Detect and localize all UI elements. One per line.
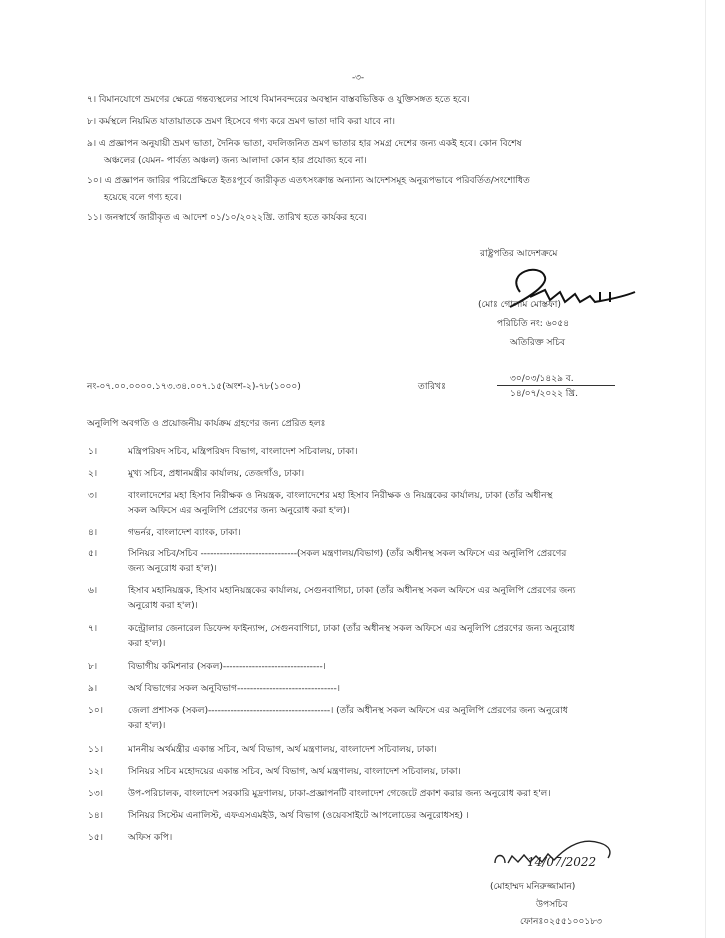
copy-number: ৮। — [88, 660, 97, 673]
signatory-name: (মোঃ গোলাম মোস্তফা) — [478, 298, 561, 311]
copy-recipient-line: অনুরোধ করা হ'ল)। — [128, 599, 198, 612]
paragraph-number: ১১। — [87, 212, 102, 223]
copy-recipient-line: সিনিয়র সচিব মহোদয়ের একান্ত সচিব, অর্থ … — [128, 765, 461, 778]
sender-designation: উপসচিব — [536, 898, 568, 911]
copy-number: ৪। — [88, 526, 97, 539]
date-gregorian: ১৪/০৭/২০২২ খ্রি. — [510, 387, 578, 400]
copy-recipient-line: সকল অফিসে এর অনুলিপি প্রেরণের জন্য অনুরো… — [128, 504, 349, 517]
copy-recipient-line: উপ-পরিচালক, বাংলাদেশ সরকারি মুদ্রণালয়, … — [128, 787, 550, 800]
paragraph-line: ৭। বিমানযোগে ভ্রমণের ক্ষেত্রে গন্তব্যস্থ… — [87, 93, 470, 106]
paragraph-text: বিমানযোগে ভ্রমণের ক্ষেত্রে গন্তব্যস্থলের… — [99, 94, 470, 105]
copy-number: ৯। — [88, 682, 97, 695]
signatory-id: পরিচিতি নং: ৬০৫৪ — [497, 317, 569, 330]
sender-phone: ফোনঃ০২৫৫১০০১৮৩ — [520, 915, 602, 928]
date-label: তারিখঃ — [418, 380, 446, 393]
copy-recipient-line: জেলা প্রশাসক (সকল)----------------------… — [128, 704, 568, 717]
copy-number: ১৫। — [88, 831, 103, 844]
paragraph-number: ৮। — [87, 116, 96, 127]
paragraph-number: ৯। — [87, 138, 96, 149]
copy-recipient-line: মাননীয় অর্থমন্ত্রীর একান্ত সচিব, অর্থ ব… — [128, 743, 437, 756]
copy-recipient-line: অর্থ বিভাগের সকল অনুবিভাগ---------------… — [128, 682, 340, 695]
copy-number: ১১। — [88, 743, 103, 756]
copy-number: ১৪। — [88, 809, 103, 822]
paragraph-text: এ প্রজ্ঞাপন জারির পরিপ্রেক্ষিতে ইতঃপূর্ব… — [105, 175, 530, 186]
copy-recipient-line: মন্ত্রিপরিষদ সচিব, মন্ত্রিপরিষদ বিভাগ, ব… — [128, 445, 357, 458]
paragraph-text: জনস্বার্থে জারীকৃত এ আদেশ ০১/১০/২০২২খ্রি… — [105, 212, 367, 223]
memo-number: নং-০৭.০০.০০০০.১৭৩.৩৪.০০৭.১৫(অংশ-২)-৭৮(১০… — [87, 380, 301, 393]
paragraph-number: ৭। — [87, 94, 96, 105]
copy-number: ২। — [88, 467, 97, 480]
paragraph-line: ৯। এ প্রজ্ঞাপন অনুযায়ী ভ্রমণ ভাতা, দৈনি… — [87, 137, 522, 150]
copy-number: ৬। — [88, 584, 97, 597]
date-divider — [497, 385, 615, 386]
paragraph-text: কর্মস্থলে নিয়মিত যাতায়াতকে ভ্রমণ হিসেব… — [99, 116, 395, 127]
copy-recipient-line: অফিস কপি। — [128, 831, 172, 844]
copy-recipient-line: মুখ্য সচিব, প্রধানমন্ত্রীর কার্যালয়, তে… — [128, 467, 304, 480]
copy-recipient-line: সিনিয়র সচিব/সচিব ----------------------… — [128, 547, 566, 560]
order-line: রাষ্ট্রপতির আদেশক্রমে — [480, 247, 557, 260]
copy-number: ১২। — [88, 765, 103, 778]
copy-number: ১৩। — [88, 787, 103, 800]
copy-recipient-line: করা হ'ল)। — [128, 637, 165, 650]
copy-recipient-line: হিসাব মহানিয়ন্ত্রক, হিসাব মহানিয়ন্ত্রক… — [128, 584, 575, 597]
copy-recipient-line: বিভাগীয় কমিশনার (সকল)------------------… — [128, 660, 326, 673]
paragraph-number: ১০। — [87, 175, 102, 186]
handwritten-date: 14/07/2022 — [527, 855, 596, 869]
paragraph-continuation: অঞ্চলের (যেমন- পার্বত্য অঞ্চল) জন্য আলাদ… — [104, 154, 366, 167]
paragraph-line: ১১। জনস্বার্থে জারীকৃত এ আদেশ ০১/১০/২০২২… — [87, 211, 367, 224]
page-edge-line — [705, 0, 706, 938]
copy-recipient-line: করা হ'ল)। — [128, 719, 165, 732]
paragraph-line: ৮। কর্মস্থলে নিয়মিত যাতায়াতকে ভ্রমণ হি… — [87, 115, 395, 128]
copy-number: ৫। — [88, 547, 97, 560]
copy-recipient-line: বাংলাদেশের মহা হিসাব নিরীক্ষক ও নিয়ন্ত্… — [128, 489, 552, 502]
copy-recipient-line: গভর্নর, বাংলাদেশ ব্যাংক, ঢাকা। — [128, 526, 240, 539]
copy-recipient-line: কন্ট্রোলার জেনারেল ডিফেন্স ফাইন্যান্স, স… — [128, 622, 574, 635]
copy-recipient-line: জন্য অনুরোধ করা হ'ল)। — [128, 562, 217, 575]
paragraph-line: ১০। এ প্রজ্ঞাপন জারির পরিপ্রেক্ষিতে ইতঃপ… — [87, 174, 530, 187]
copy-number: ১০। — [88, 704, 103, 717]
copy-number: ৩। — [88, 489, 97, 502]
page-number: -৩- — [352, 72, 364, 85]
sender-name: (মোহাম্মদ মনিরুজ্জামান) — [490, 880, 575, 893]
paragraph-text: এ প্রজ্ঞাপন অনুযায়ী ভ্রমণ ভাতা, দৈনিক ভ… — [99, 138, 522, 149]
copy-intro: অনুলিপি অবগতি ও প্রয়োজনীয় কার্যক্রম গ্… — [87, 417, 325, 430]
copy-recipient-line: সিনিয়র সিস্টেম এনালিস্ট, এফএসএমইউ, অর্থ… — [128, 809, 469, 822]
date-bangla: ৩০/০৩/১৪২৯ ব. — [510, 372, 574, 385]
signatory-designation: অতিরিক্ত সচিব — [510, 336, 565, 349]
copy-number: ১। — [88, 445, 97, 458]
copy-number: ৭। — [88, 622, 97, 635]
paragraph-continuation: হয়েছে বলে গণ্য হবে। — [104, 191, 181, 204]
